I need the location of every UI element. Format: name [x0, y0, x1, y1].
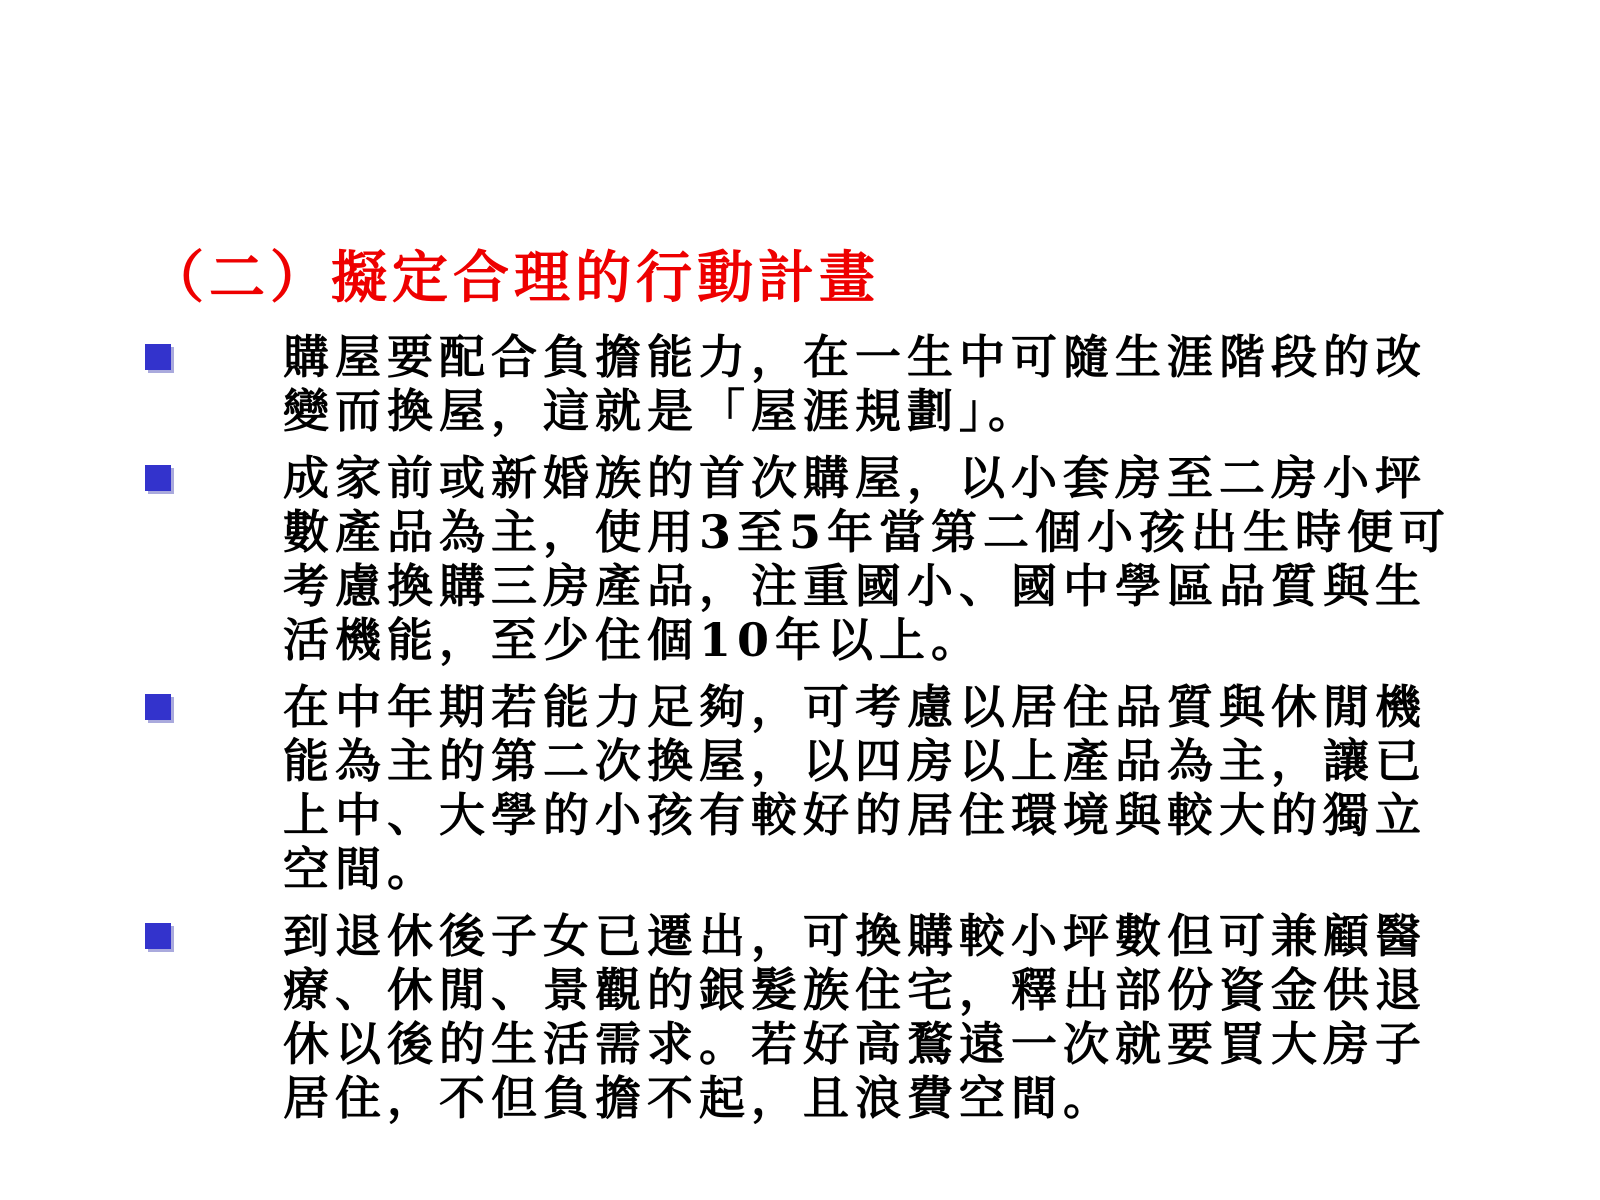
bullet-square-icon: [145, 694, 171, 720]
list-item: 在中年期若能力足夠，可考慮以居住品質與休閒機能為主的第二次換屋，以四房以上產品為…: [145, 680, 1475, 896]
bullet-text: 成家前或新婚族的首次購屋，以小套房至二房小坪數產品為主，使用3至5年當第二個小孩…: [283, 451, 1468, 667]
list-item: 成家前或新婚族的首次購屋，以小套房至二房小坪數產品為主，使用3至5年當第二個小孩…: [145, 451, 1475, 667]
bullet-text: 到退休後子女已遷出，可換購較小坪數但可兼顧醫療、休閒、景觀的銀髮族住宅，釋出部份…: [283, 909, 1468, 1125]
bullet-text: 購屋要配合負擔能力，在一生中可隨生涯階段的改變而換屋，這就是「屋涯規劃」。: [283, 330, 1468, 438]
bullet-square-icon: [145, 465, 171, 491]
page-title: （二）擬定合理的行動計畫: [148, 242, 880, 314]
bullet-text: 在中年期若能力足夠，可考慮以居住品質與休閒機能為主的第二次換屋，以四房以上產品為…: [283, 680, 1468, 896]
list-item: 購屋要配合負擔能力，在一生中可隨生涯階段的改變而換屋，這就是「屋涯規劃」。: [145, 330, 1475, 438]
presentation-slide: （二）擬定合理的行動計畫 購屋要配合負擔能力，在一生中可隨生涯階段的改變而換屋，…: [0, 0, 1600, 1200]
bullet-list: 購屋要配合負擔能力，在一生中可隨生涯階段的改變而換屋，這就是「屋涯規劃」。 成家…: [145, 330, 1475, 1138]
bullet-square-icon: [145, 923, 171, 949]
list-item: 到退休後子女已遷出，可換購較小坪數但可兼顧醫療、休閒、景觀的銀髮族住宅，釋出部份…: [145, 909, 1475, 1125]
bullet-square-icon: [145, 344, 171, 370]
